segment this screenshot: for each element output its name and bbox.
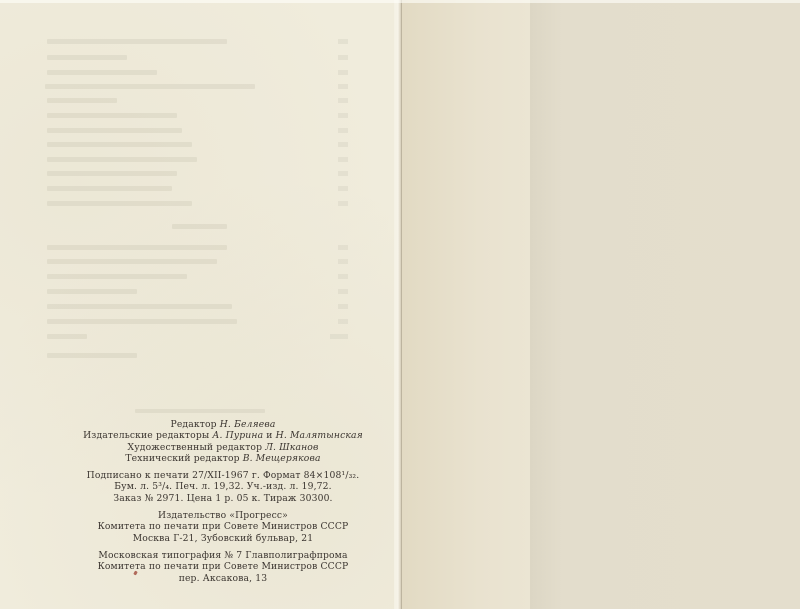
printer-committee: Комитета по печати при Совете Министров … xyxy=(78,561,368,572)
colophon: Редактор Н. Беляева Издательские редакто… xyxy=(78,419,368,584)
show-through-line xyxy=(47,55,127,60)
show-through-number xyxy=(338,84,348,89)
flyleaf-band xyxy=(402,0,530,609)
show-through-line xyxy=(47,334,87,339)
show-through-number xyxy=(338,113,348,118)
show-through-line xyxy=(47,171,177,176)
show-through-line xyxy=(47,304,232,309)
show-through-number xyxy=(330,334,348,339)
print-details-line-3: Заказ № 2971. Цена 1 р. 05 к. Тираж 3030… xyxy=(78,493,368,504)
show-through-number xyxy=(338,289,348,294)
publishing-editors-line: Издательские редакторы А. Пурина и Н. Ма… xyxy=(78,430,368,441)
show-through-line xyxy=(47,274,187,279)
show-through-number xyxy=(338,245,348,250)
show-through-line xyxy=(47,70,157,75)
show-through-line xyxy=(47,128,182,133)
printer-address: пер. Аксакова, 13 xyxy=(78,573,368,584)
show-through-number xyxy=(338,186,348,191)
show-through-line xyxy=(47,289,137,294)
publisher-address: Москва Г-21, Зубовский бульвар, 21 xyxy=(78,533,368,544)
show-through-number xyxy=(338,171,348,176)
tech-editor-line: Технический редактор В. Мещерякова xyxy=(78,453,368,464)
show-through-line xyxy=(135,409,265,413)
show-through-number xyxy=(338,70,348,75)
show-through-number xyxy=(338,259,348,264)
show-through-line xyxy=(47,353,137,358)
left-page: Редактор Н. Беляева Издательские редакто… xyxy=(0,0,396,609)
printer-name: Московская типография № 7 Главполиграфпр… xyxy=(78,550,368,561)
show-through-number xyxy=(338,39,348,44)
print-details-line-2: Бум. л. 5³/₄. Печ. л. 19,32. Уч.-изд. л.… xyxy=(78,481,368,492)
show-through-line xyxy=(47,98,117,103)
show-through-number xyxy=(338,128,348,133)
show-through-line xyxy=(47,259,217,264)
editor-line: Редактор Н. Беляева xyxy=(78,419,368,430)
show-through-number xyxy=(338,304,348,309)
show-through-line xyxy=(47,319,237,324)
publisher-committee: Комитета по печати при Совете Министров … xyxy=(78,521,368,532)
show-through-number xyxy=(338,201,348,206)
show-through-line xyxy=(47,157,197,162)
show-through-line xyxy=(47,142,192,147)
art-editor-line: Художественный редактор Л. Шканов xyxy=(78,442,368,453)
show-through-heading xyxy=(172,224,227,229)
publisher-name: Издательство «Прогресс» xyxy=(78,510,368,521)
show-through-line xyxy=(45,84,255,89)
show-through-line xyxy=(47,113,177,118)
show-through-number xyxy=(338,55,348,60)
endpaper xyxy=(530,0,800,609)
scan-top-edge xyxy=(0,0,800,3)
page-gutter xyxy=(394,0,402,609)
show-through-line xyxy=(47,245,227,250)
show-through-line xyxy=(47,39,227,44)
show-through-number xyxy=(338,142,348,147)
show-through-number xyxy=(338,274,348,279)
print-details-line-1: Подписано к печати 27/XII-1967 г. Формат… xyxy=(78,470,368,481)
show-through-line xyxy=(47,201,192,206)
show-through-number xyxy=(338,319,348,324)
show-through-line xyxy=(47,186,172,191)
show-through-number xyxy=(338,157,348,162)
show-through-number xyxy=(338,98,348,103)
